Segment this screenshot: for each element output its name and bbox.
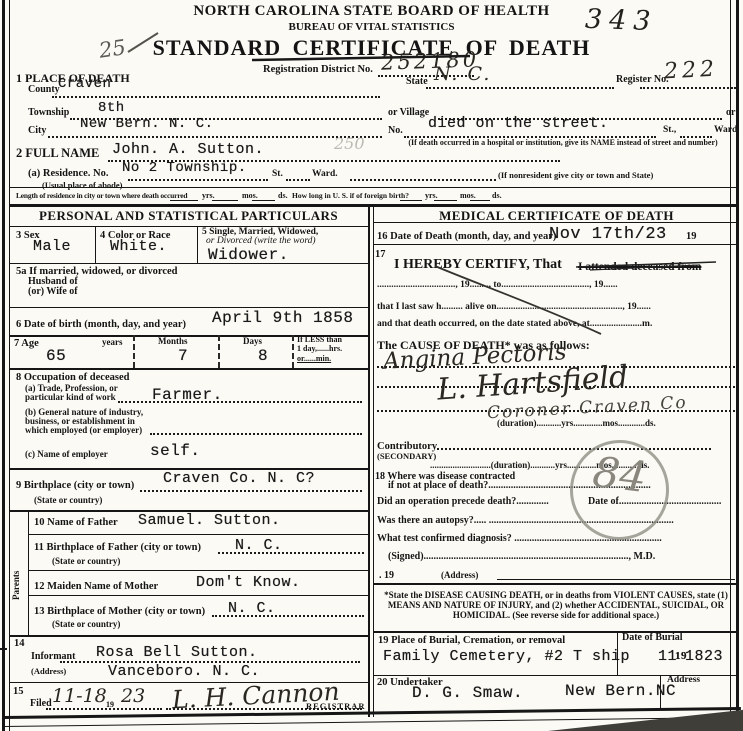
township-label: Township bbox=[28, 108, 69, 119]
age-days-label: Days bbox=[243, 337, 262, 346]
rule bbox=[28, 595, 368, 596]
residence-label: (a) Residence. No. bbox=[28, 168, 108, 179]
sex-value: Male bbox=[33, 238, 71, 255]
dotted-line bbox=[350, 179, 496, 181]
cell-divider bbox=[95, 226, 96, 263]
margin-tick bbox=[0, 648, 7, 650]
burial-place-value: Family Cemetery, #2 T ship bbox=[383, 648, 630, 665]
signed-line: (Signed)................................… bbox=[388, 552, 655, 563]
less-than-label-3: or......min. bbox=[297, 355, 331, 363]
mother-birthplace-label: 13 Birthplace of Mother (city or town) bbox=[34, 606, 205, 617]
violent-causes-footnote: *State the DISEASE CAUSING DEATH, or in … bbox=[377, 591, 735, 620]
rule bbox=[374, 631, 739, 633]
informant-value: Rosa Bell Sutton. bbox=[96, 644, 258, 661]
dotted-line bbox=[150, 433, 362, 435]
nonresident-note: (If nonresident give city or town and St… bbox=[498, 171, 653, 180]
rule bbox=[28, 534, 368, 535]
blank-rule bbox=[434, 200, 457, 201]
date-of-death-value: Nov 17th/23 bbox=[549, 225, 667, 244]
filed-date-value: 11-18 bbox=[52, 685, 107, 707]
occupation-label: 8 Occupation of deceased bbox=[16, 372, 129, 383]
less-than-label-2: 1 day,......hrs. bbox=[297, 345, 342, 353]
cell-divider bbox=[197, 226, 198, 263]
house-no-label: No. bbox=[388, 126, 403, 137]
signed-address-label: (Address) bbox=[441, 571, 478, 580]
dotted-line bbox=[426, 87, 614, 89]
register-no-value: 222 bbox=[663, 57, 718, 85]
undertaker-value: D. G. Smaw. bbox=[412, 684, 523, 702]
certify-line-1: ................................., 19...… bbox=[377, 281, 618, 291]
pencil-note-name: 250 bbox=[334, 134, 365, 153]
burial-place-label: 19 Place of Burial, Cremation, or remova… bbox=[378, 635, 565, 646]
st-label: St., bbox=[663, 126, 676, 136]
certify-line-3: and that death occurred, on the date sta… bbox=[377, 320, 652, 330]
age-months-label: Months bbox=[158, 337, 188, 346]
operation-question: Did an operation precede death?.........… bbox=[377, 497, 549, 508]
certify-line-2: that I last saw h......... alive on.....… bbox=[377, 303, 651, 313]
dotted-line bbox=[218, 552, 364, 554]
birthplace-value: Craven Co. N. C? bbox=[163, 470, 315, 487]
father-name-label: 10 Name of Father bbox=[34, 517, 118, 528]
certify-struck-text: I attended deceased from bbox=[578, 261, 701, 273]
date-of-birth-label: 6 Date of birth (month, day, and year) bbox=[16, 319, 186, 330]
marital-value: Widower. bbox=[208, 246, 289, 264]
occupation-a-label-2: particular kind of work bbox=[25, 393, 116, 402]
rule bbox=[374, 244, 739, 245]
certify-number: 17 bbox=[375, 249, 386, 260]
blank-rule bbox=[252, 200, 275, 201]
registration-district-label: Registration District No. bbox=[263, 64, 373, 75]
informant-number: 14 bbox=[14, 638, 25, 649]
parents-divider bbox=[28, 510, 29, 635]
age-years-value: 65 bbox=[46, 347, 66, 365]
certificate-title: STANDARD CERTIFICATE OF DEATH bbox=[0, 36, 743, 59]
mother-name-value: Dom't Know. bbox=[196, 574, 301, 591]
dotted-line bbox=[48, 136, 382, 138]
address-rule bbox=[497, 579, 735, 580]
rule-heavy bbox=[9, 368, 368, 370]
residence-st-label: St. bbox=[272, 170, 283, 180]
date-of-birth-value: April 9th 1858 bbox=[212, 309, 353, 327]
registrar-label: REGISTRAR bbox=[306, 702, 366, 711]
rule bbox=[9, 307, 368, 308]
informant-address-value: Vanceboro. N. C. bbox=[108, 663, 260, 680]
hospital-note: (If death occurred in a hospital or inst… bbox=[388, 139, 738, 147]
pencil-circled-84: 84 bbox=[590, 447, 649, 502]
employer-value: self. bbox=[150, 442, 201, 460]
blank-rule bbox=[400, 200, 422, 201]
rule-heavy bbox=[9, 204, 739, 207]
dotted-line bbox=[46, 708, 162, 710]
secondary-label: (SECONDARY) bbox=[377, 452, 436, 461]
stamp-number: 343 bbox=[584, 4, 658, 38]
dotted-rule bbox=[437, 448, 711, 450]
death-certificate-scan: NORTH CAROLINA STATE BOARD OF HEALTH BUR… bbox=[0, 0, 743, 731]
date-of-death-label: 16 Date of Death (month, day, and year) bbox=[377, 231, 556, 242]
age-years-label: years bbox=[102, 338, 123, 347]
father-birthplace-subnote: (State or country) bbox=[52, 557, 120, 566]
age-label: 7 Age bbox=[14, 338, 39, 349]
blank-rule bbox=[170, 200, 198, 201]
parents-vertical-label: Parents bbox=[12, 571, 21, 600]
personal-section-header: PERSONAL AND STATISTICAL PARTICULARS bbox=[9, 209, 368, 223]
burial-date-value: 11191823 bbox=[658, 648, 723, 665]
occupation-b-label-3: which employed (or employer) bbox=[25, 426, 142, 435]
birthplace-subnote: (State or country) bbox=[34, 496, 102, 505]
abode-note: (Usual place of abode) bbox=[42, 181, 123, 190]
register-no-label: Register No. bbox=[616, 75, 669, 86]
rule bbox=[9, 263, 368, 264]
mother-birthplace-subnote: (State or country) bbox=[52, 620, 120, 629]
ds-label: ds. bbox=[278, 192, 288, 200]
dotted-line bbox=[212, 615, 364, 617]
dotted-line bbox=[640, 87, 736, 89]
birthplace-label: 9 Birthplace (city or town) bbox=[16, 480, 134, 491]
medical-section-header: MEDICAL CERTIFICATE OF DEATH bbox=[374, 209, 739, 223]
age-days-value: 8 bbox=[258, 347, 268, 365]
dotted-line bbox=[52, 96, 380, 98]
state-label: State bbox=[406, 77, 428, 88]
cell-divider-dashed bbox=[133, 335, 135, 368]
residence-value: No 2 Township. bbox=[122, 160, 247, 176]
burial-date-right: 1823 bbox=[685, 648, 723, 665]
county-value: Craven bbox=[58, 76, 111, 92]
state-value: N. C. bbox=[434, 63, 491, 85]
township-value: 8th bbox=[98, 100, 125, 116]
or-village-label: or Village bbox=[388, 108, 429, 119]
cell-divider-dashed bbox=[218, 335, 220, 368]
dotted-line bbox=[118, 401, 362, 403]
blank-rule bbox=[212, 200, 238, 201]
rule bbox=[9, 187, 739, 188]
residence-ward-label: Ward. bbox=[312, 170, 338, 180]
blank-rule bbox=[470, 200, 490, 201]
burial-date-label: Date of Burial bbox=[622, 633, 683, 644]
county-label: County bbox=[28, 85, 60, 96]
or-label: or bbox=[726, 108, 735, 119]
column-divider bbox=[368, 204, 370, 717]
race-value: White. bbox=[110, 238, 167, 255]
ds2-label: ds. bbox=[492, 192, 502, 200]
ward-label: Ward bbox=[714, 126, 737, 136]
dotted-line bbox=[140, 490, 362, 492]
rule bbox=[374, 583, 739, 585]
filed-year-value: 23 bbox=[121, 685, 145, 707]
duration-line: (duration)...........yrs.............mos… bbox=[497, 419, 656, 428]
city-label: City bbox=[28, 126, 46, 137]
cell-divider-dashed bbox=[292, 335, 294, 368]
certify-lead: I HEREBY CERTIFY, That bbox=[394, 258, 562, 273]
full-name-label: 2 FULL NAME bbox=[16, 147, 99, 160]
dotted-line bbox=[128, 179, 268, 181]
full-name-value: John. A. Sutton. bbox=[112, 141, 264, 158]
column-divider bbox=[373, 204, 375, 717]
date-of-death-preprint-19: 19 bbox=[686, 231, 697, 242]
rule bbox=[9, 635, 368, 637]
street-value: died on the street. bbox=[428, 115, 609, 132]
rule bbox=[28, 570, 368, 571]
undertaker-address-value: New Bern.NC bbox=[565, 682, 676, 700]
father-birthplace-label: 11 Birthplace of Father (city or town) bbox=[34, 542, 201, 553]
father-name-value: Samuel. Sutton. bbox=[138, 512, 281, 529]
age-months-value: 7 bbox=[178, 347, 188, 365]
dotted-line bbox=[286, 179, 310, 181]
filed-number: 15 bbox=[13, 686, 24, 697]
left-border-inner bbox=[9, 0, 10, 731]
left-border-outer bbox=[2, 0, 5, 731]
signed-year-label: . 19 bbox=[379, 571, 394, 582]
length-residence-label: Length of residence in city or town wher… bbox=[16, 192, 187, 200]
informant-address-label: (Address) bbox=[31, 667, 66, 676]
employer-label: (c) Name of employer bbox=[25, 450, 108, 459]
mother-name-label: 12 Maiden Name of Mother bbox=[34, 581, 158, 592]
wife-of-label: (or) Wife of bbox=[28, 287, 78, 298]
right-border-outer bbox=[736, 0, 739, 731]
foreign-birth-label: How long in U. S. if of foreign birth? bbox=[292, 192, 409, 200]
city-value: New Bern. N. C. bbox=[80, 116, 214, 132]
